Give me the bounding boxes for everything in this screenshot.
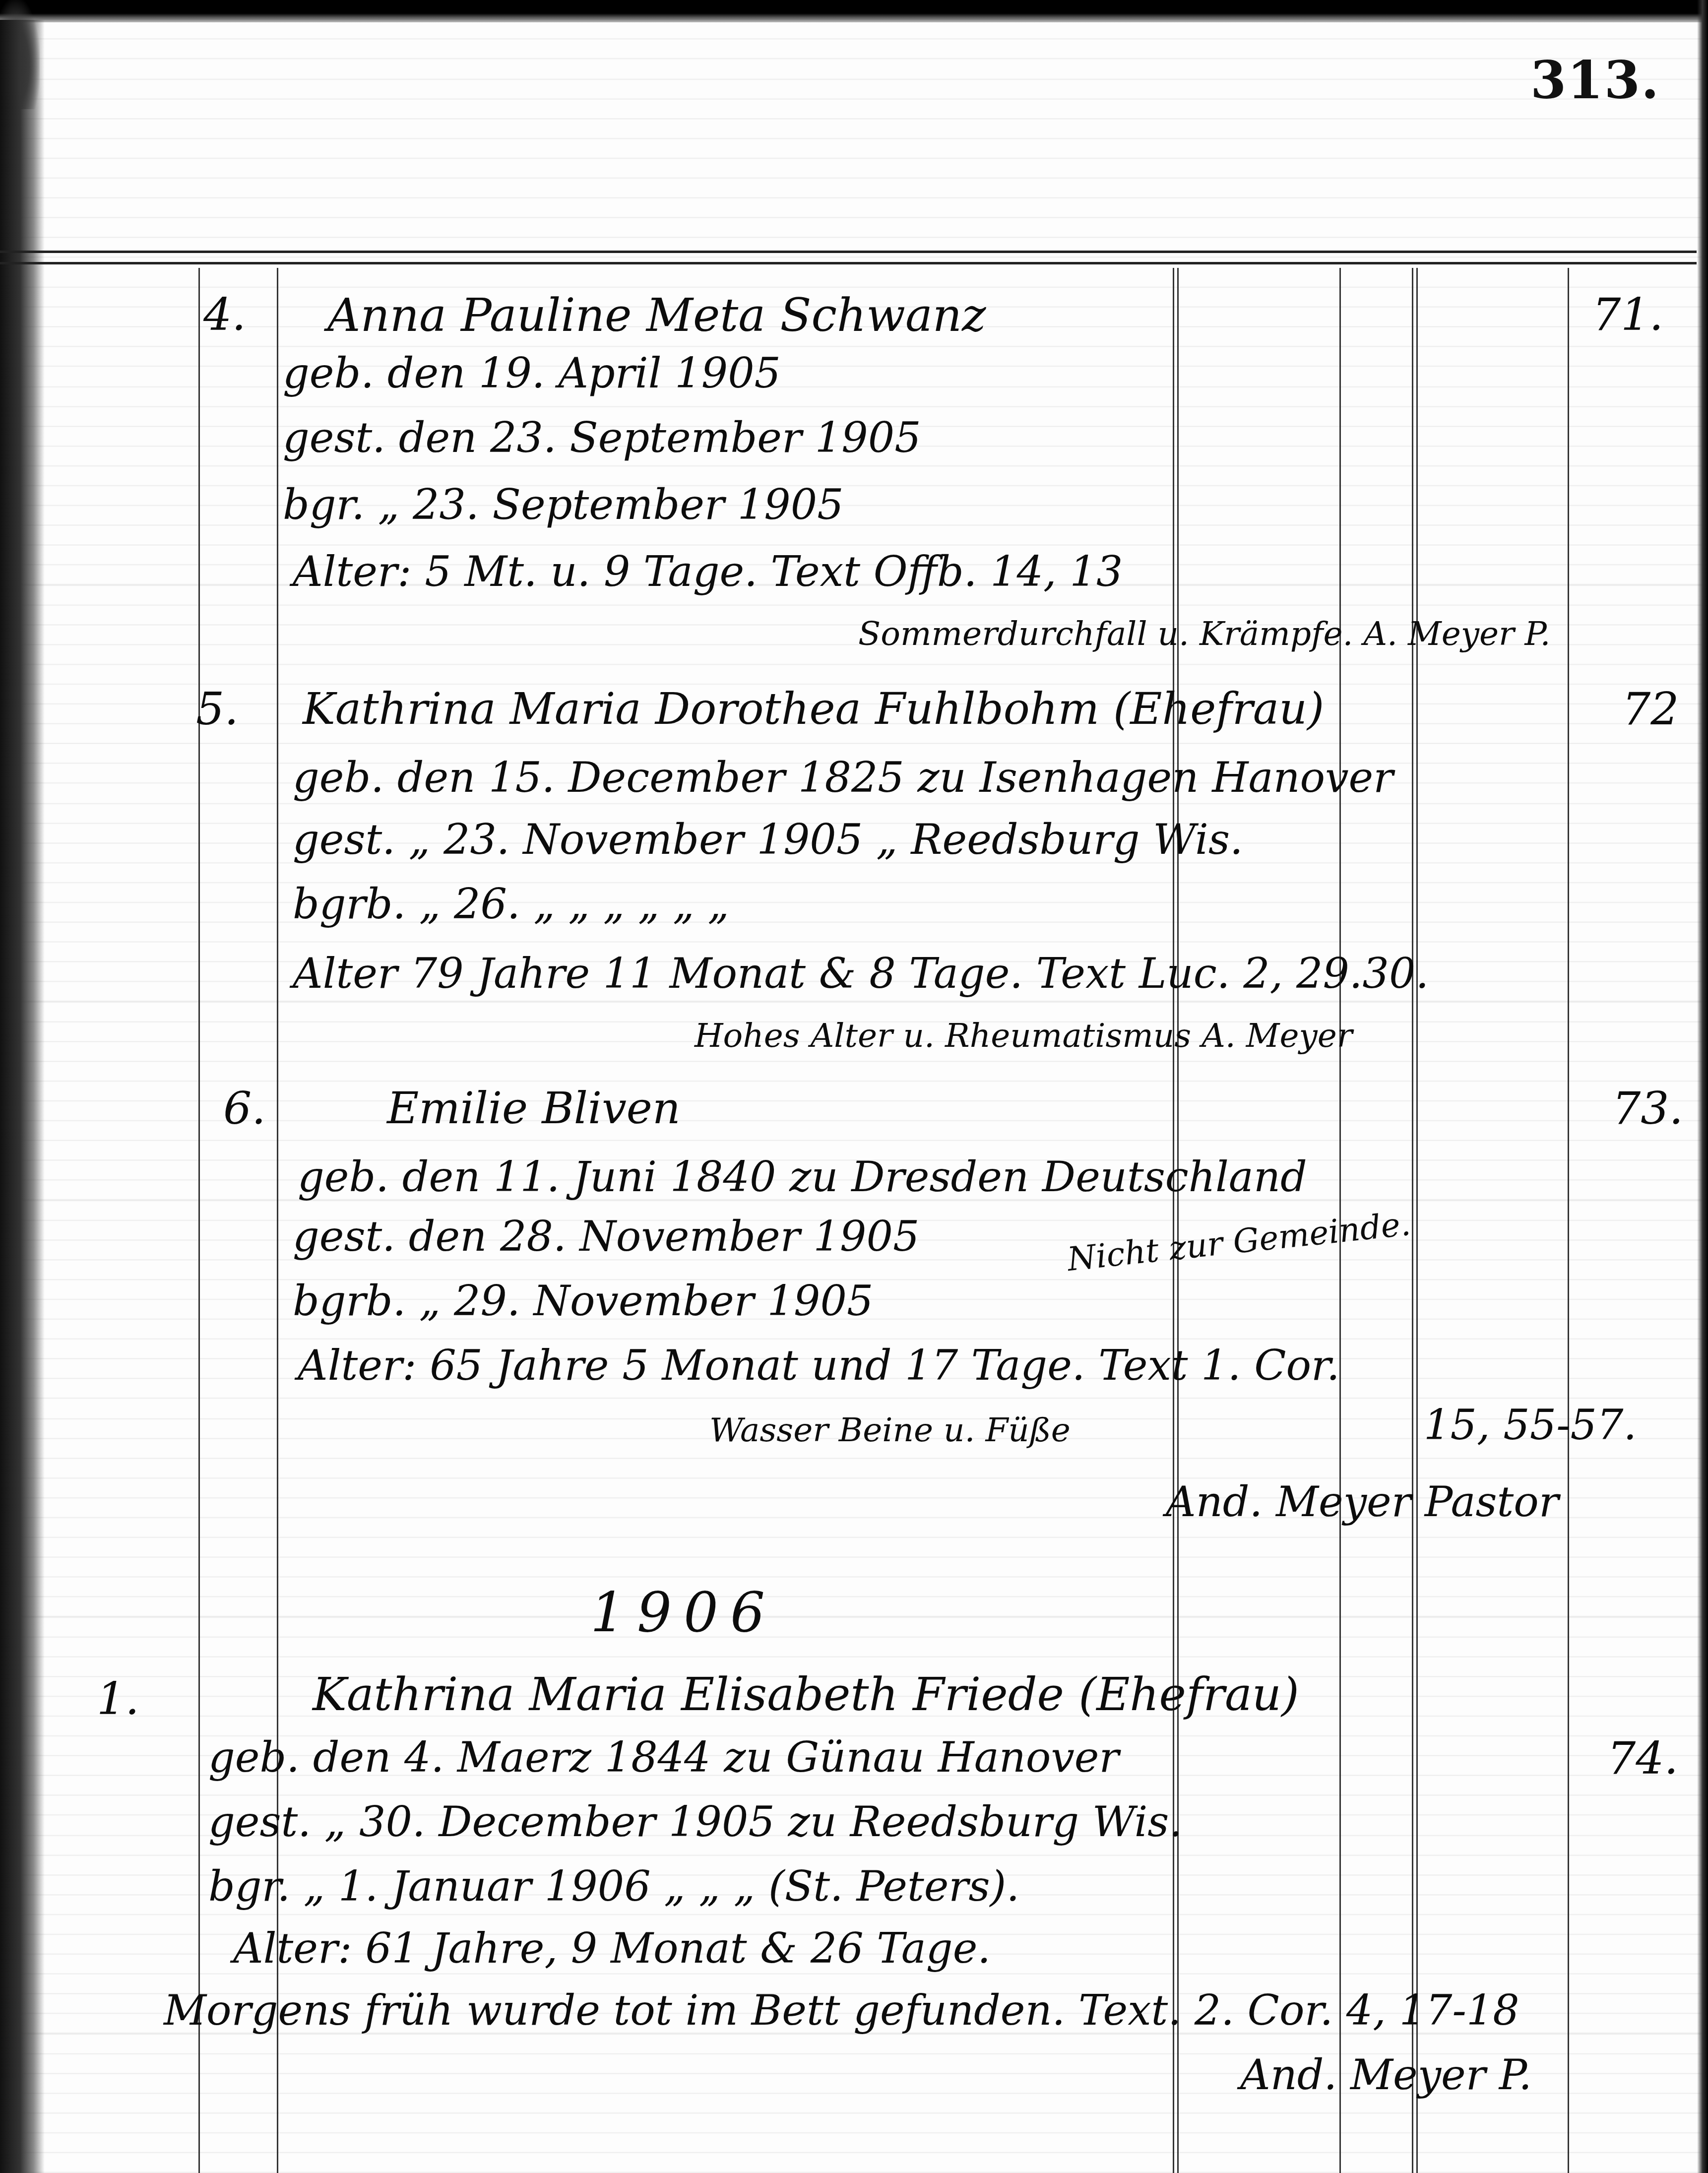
scan-binding-shadow xyxy=(0,20,45,2173)
birth-line: geb. den 19. April 1905 xyxy=(283,352,781,394)
column-rule-double xyxy=(1412,268,1413,2173)
age-text-line: Alter: 65 Jahre 5 Monat und 17 Tage. Tex… xyxy=(298,1344,1340,1386)
column-rule xyxy=(1568,268,1569,2173)
birth-line: geb. den 15. December 1825 zu Isenhagen … xyxy=(293,757,1393,798)
age-text-line: Alter: 5 Mt. u. 9 Tage. Text Offb. 14, 1… xyxy=(293,551,1123,592)
column-rule-double xyxy=(1173,268,1174,2173)
burial-line: bgr. „ 1. Januar 1906 „ „ „ (St. Peters)… xyxy=(208,1865,1019,1907)
page-number: 313. xyxy=(1530,50,1660,111)
cause-pastor-line: Hohes Alter u. Rheumatismus A. Meyer xyxy=(695,1020,1352,1052)
birth-line: geb. den 4. Maerz 1844 zu Günau Hanover xyxy=(208,1736,1119,1778)
entry-number: 5. xyxy=(196,687,239,732)
pastor-signature: And. Meyer Pastor xyxy=(1166,1481,1559,1523)
entry-name: Emilie Bliven xyxy=(387,1086,681,1130)
burial-line: bgr. „ 23. September 1905 xyxy=(283,484,844,525)
age-line: Alter: 61 Jahre, 9 Monat & 26 Tage. xyxy=(233,1927,991,1969)
entry-name: Anna Pauline Meta Schwanz xyxy=(327,293,986,338)
text-reference-cont: 15, 55-57. xyxy=(1424,1404,1637,1446)
pastor-signature: And. Meyer P. xyxy=(1240,2054,1532,2096)
birth-line: geb. den 11. Juni 1840 zu Dresden Deutsc… xyxy=(298,1156,1307,1198)
death-line: gest. „ 23. November 1905 „ Reedsburg Wi… xyxy=(293,819,1243,860)
register-page: 313. 4. Anna Pauline Meta Schwanz 71. ge… xyxy=(0,0,1708,2173)
scan-right-edge xyxy=(1697,0,1708,2173)
column-rule xyxy=(198,268,200,2173)
cause-line: Wasser Beine u. Füße xyxy=(709,1414,1071,1447)
entry-number: 6. xyxy=(223,1086,266,1131)
cause-text-line: Morgens früh wurde tot im Bett gefunden.… xyxy=(164,1989,1519,2031)
register-number: 72 xyxy=(1622,687,1679,732)
register-number: 73. xyxy=(1612,1086,1683,1131)
death-line: gest. „ 30. December 1905 zu Reedsburg W… xyxy=(208,1801,1182,1843)
scan-top-edge xyxy=(0,0,1708,22)
register-number: 71. xyxy=(1592,293,1663,337)
age-text-line: Alter 79 Jahre 11 Monat & 8 Tage. Text L… xyxy=(293,953,1429,994)
burial-line: bgrb. „ 29. November 1905 xyxy=(293,1280,873,1322)
entry-number: 4. xyxy=(203,293,246,337)
header-double-rule xyxy=(0,251,1697,264)
entry-name: Kathrina Maria Elisabeth Friede (Ehefrau… xyxy=(313,1672,1299,1718)
death-line: gest. den 28. November 1905 xyxy=(293,1215,919,1257)
entry-name: Kathrina Maria Dorothea Fuhlbohm (Ehefra… xyxy=(303,687,1324,731)
death-line: gest. den 23. September 1905 xyxy=(283,417,921,458)
membership-note: Nicht zur Gemeinde. xyxy=(1066,1208,1412,1276)
cause-pastor-line: Sommerdurchfall u. Krämpfe. A. Meyer P. xyxy=(858,618,1551,650)
entry-number: 1. xyxy=(97,1677,139,1722)
burial-line: bgrb. „ 26. „ „ „ „ „ „ xyxy=(293,883,729,925)
year-heading: 1906 xyxy=(590,1585,777,1640)
register-number: 74. xyxy=(1607,1736,1678,1781)
